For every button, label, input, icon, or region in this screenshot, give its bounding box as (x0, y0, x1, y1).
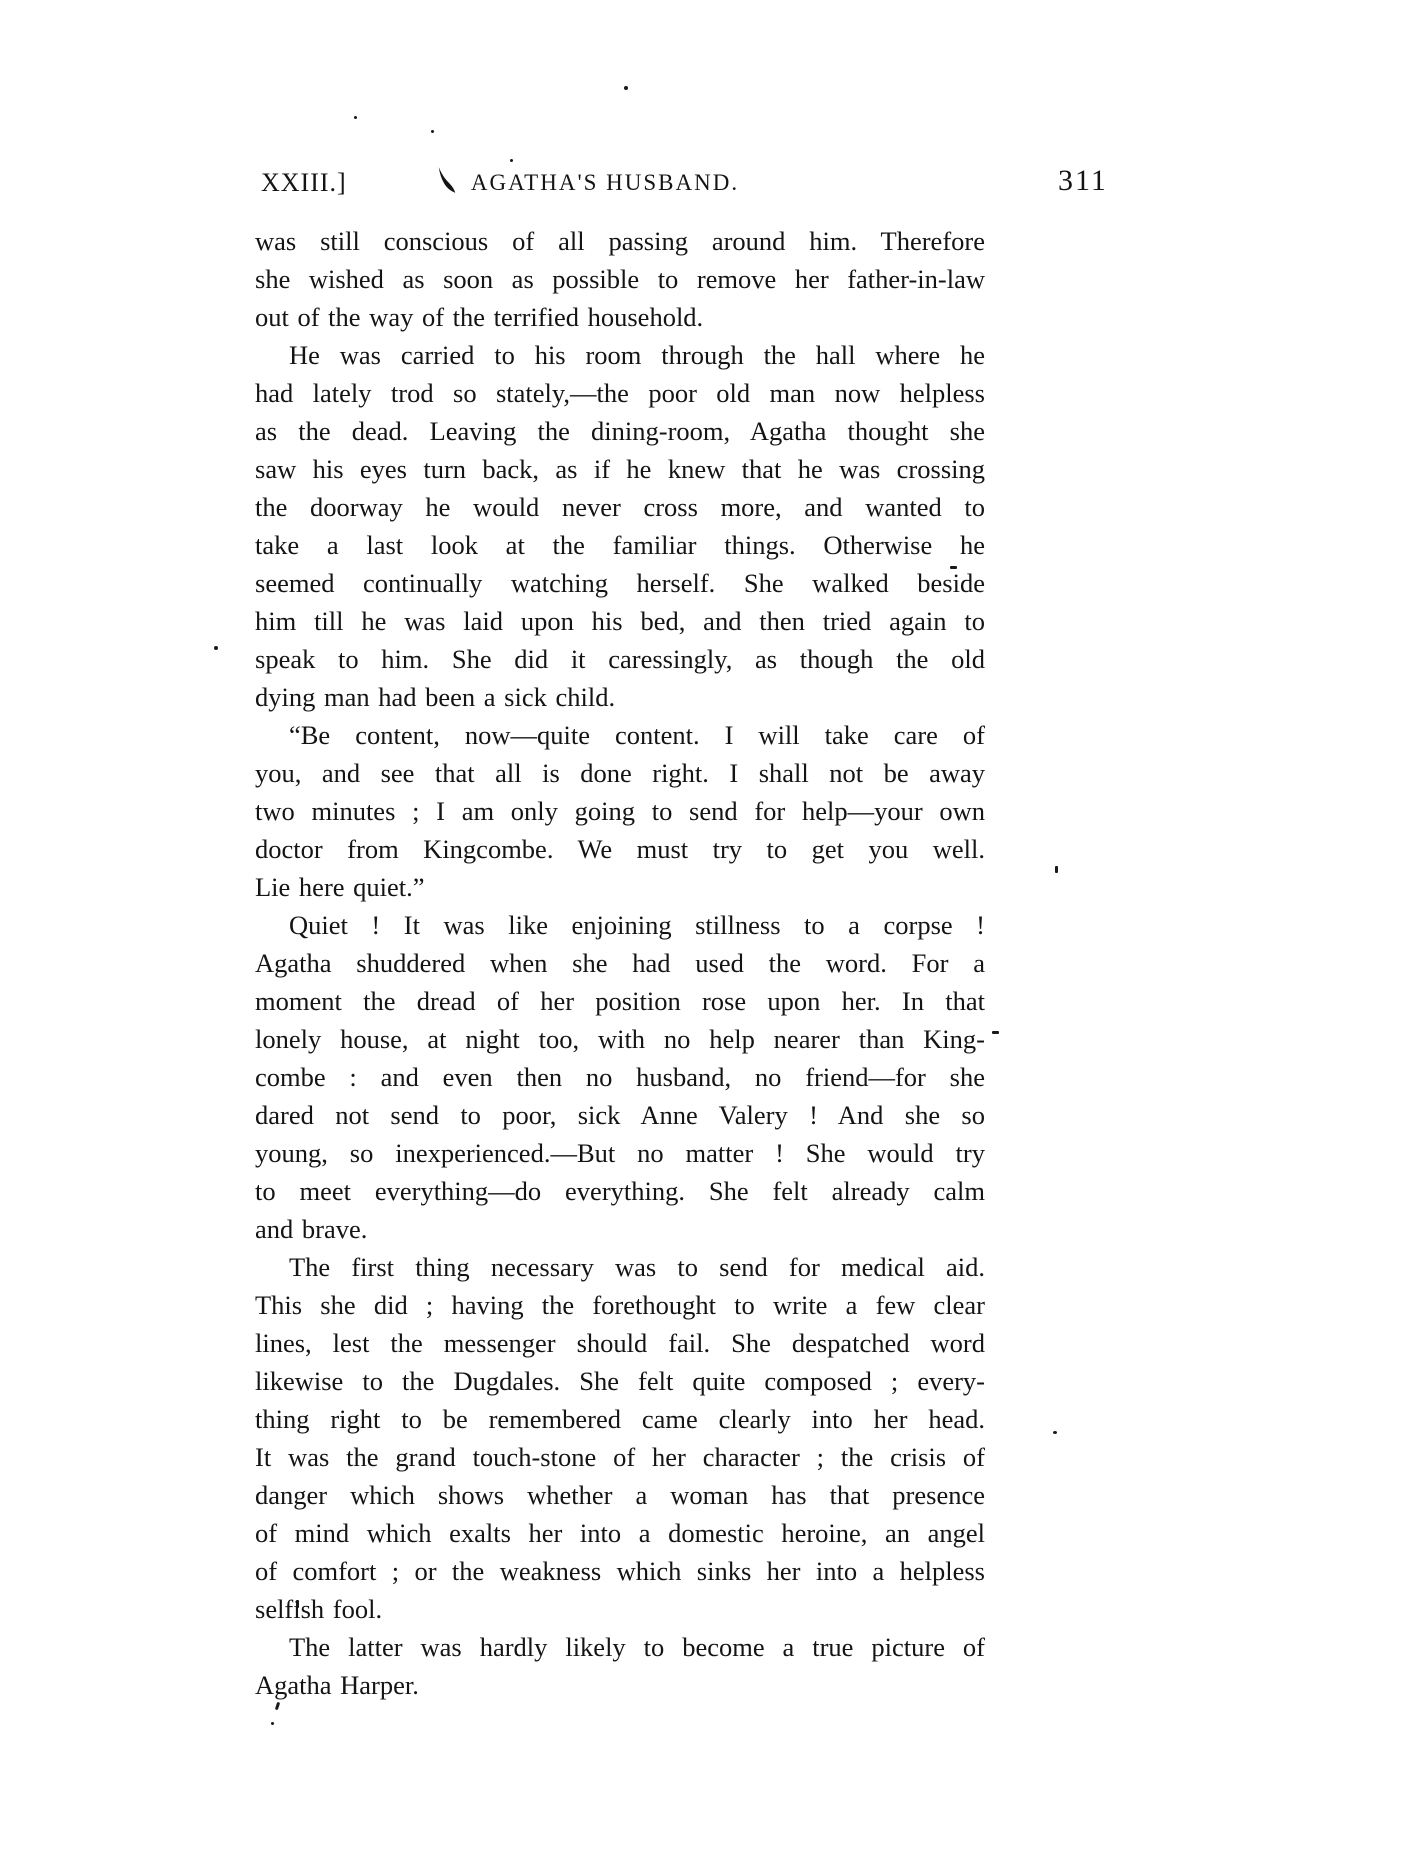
text-line: she wished as soon as possible to remove… (255, 260, 985, 298)
text-line: He was carried to his room through the h… (255, 336, 985, 374)
text-line: thing right to be remembered came clearl… (255, 1400, 985, 1438)
scan-speck (431, 130, 434, 133)
text-line: doctor from Kingcombe. We must try to ge… (255, 830, 985, 868)
running-header: XXIII.] AGATHA'S HUSBAND. (255, 166, 985, 200)
text-line: speak to him. She did it caressingly, as… (255, 640, 985, 678)
text-line: out of the way of the terrified househol… (255, 298, 985, 336)
scan-speck (214, 646, 218, 650)
text-line: you, and see that all is done right. I s… (255, 754, 985, 792)
text-line: selfish fool. (255, 1590, 985, 1628)
text-line: moment the dread of her position rose up… (255, 982, 985, 1020)
text-line: likewise to the Dugdales. She felt quite… (255, 1362, 985, 1400)
text-line: Quiet ! It was like enjoining stillness … (255, 906, 985, 944)
text-line: dared not send to poor, sick Anne Valery… (255, 1096, 985, 1134)
text-line: combe : and even then no husband, no fri… (255, 1058, 985, 1096)
scan-speck (510, 159, 513, 162)
scan-speck (1053, 1431, 1057, 1434)
text-line: The first thing necessary was to send fo… (255, 1248, 985, 1286)
text-line: to meet everything—do everything. She fe… (255, 1172, 985, 1210)
text-line: two minutes ; I am only going to send fo… (255, 792, 985, 830)
text-line: Lie here quiet.” (255, 868, 985, 906)
text-line: danger which shows whether a woman has t… (255, 1476, 985, 1514)
text-line: of mind which exalts her into a domestic… (255, 1514, 985, 1552)
text-line: Agatha Harper. (255, 1666, 985, 1704)
text-line: Agatha shuddered when she had used the w… (255, 944, 985, 982)
text-line: “Be content, now—quite content. I will t… (255, 716, 985, 754)
text-body: was still conscious of all passing aroun… (255, 222, 985, 1704)
text-line: him till he was laid upon his bed, and t… (255, 602, 985, 640)
book-page: XXIII.] AGATHA'S HUSBAND. 311 was still … (0, 0, 1401, 1851)
text-line: had lately trod so stately,—the poor old… (255, 374, 985, 412)
text-line: lines, lest the messenger should fail. S… (255, 1324, 985, 1362)
text-line: dying man had been a sick child. (255, 678, 985, 716)
text-line: take a last look at the familiar things.… (255, 526, 985, 564)
text-line: was still conscious of all passing aroun… (255, 222, 985, 260)
text-line: The latter was hardly likely to become a… (255, 1628, 985, 1666)
text-line: seemed continually watching herself. She… (255, 564, 985, 602)
text-line: saw his eyes turn back, as if he knew th… (255, 450, 985, 488)
text-line: the doorway he would never cross more, a… (255, 488, 985, 526)
text-line: young, so inexperienced.—But no matter !… (255, 1134, 985, 1172)
scan-speck (354, 116, 357, 119)
text-line: as the dead. Leaving the dining-room, Ag… (255, 412, 985, 450)
text-line: and brave. (255, 1210, 985, 1248)
text-line: lonely house, at night too, with no help… (255, 1020, 985, 1058)
scan-speck (1055, 866, 1058, 873)
text-line: It was the grand touch-stone of her char… (255, 1438, 985, 1476)
page-number: 311 (1058, 164, 1108, 198)
text-line: This she did ; having the forethought to… (255, 1286, 985, 1324)
ink-blot-mark (436, 166, 458, 194)
scan-speck (624, 86, 628, 90)
running-title: AGATHA'S HUSBAND. (255, 170, 955, 196)
scan-speck (271, 1722, 274, 1725)
scan-speck (992, 1031, 999, 1034)
text-line: of comfort ; or the weakness which sinks… (255, 1552, 985, 1590)
